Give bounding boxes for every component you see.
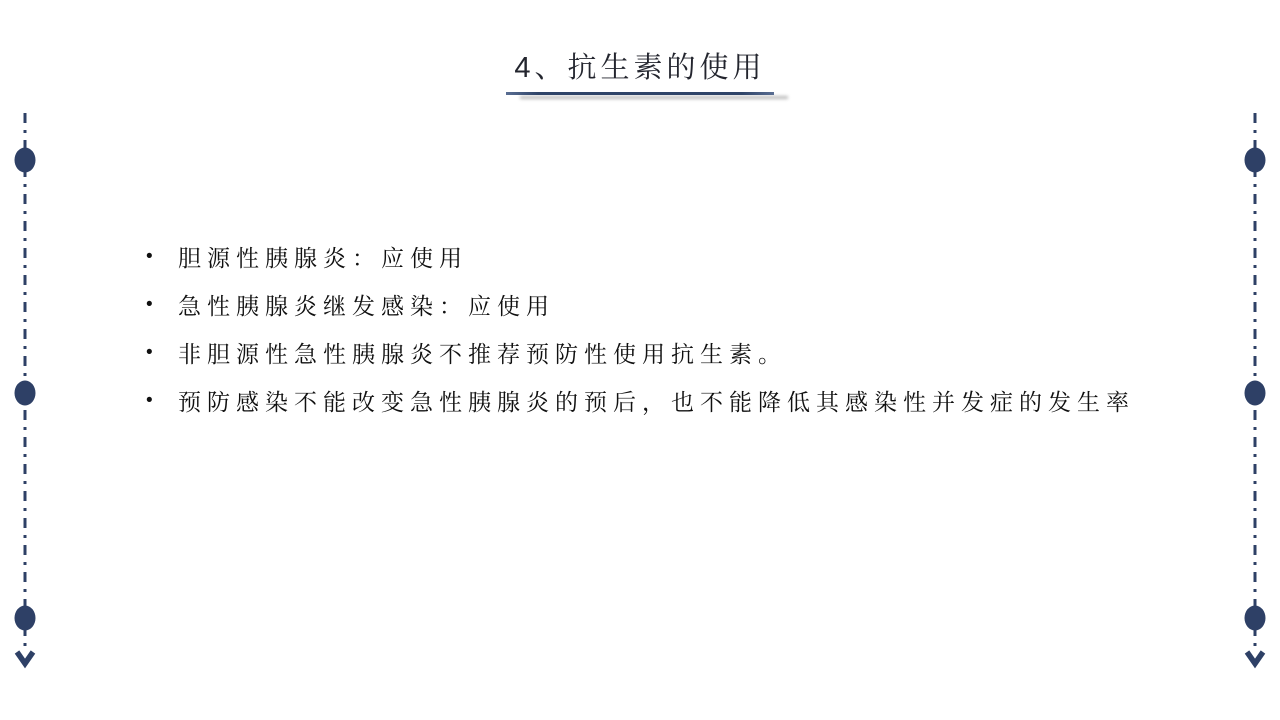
list-item: • 急性胰腺炎继发感染：应使用 <box>146 280 1135 328</box>
circle-node-icon <box>15 381 36 406</box>
bullet-text: 急性胰腺炎继发感染：应使用 <box>178 288 555 321</box>
bullet-text: 非胆源性急性胰腺炎不推荐预防性使用抗生素。 <box>178 336 787 369</box>
list-item: • 预防感染不能改变急性胰腺炎的预后，也不能降低其感染性并发症的发生率 <box>146 376 1135 424</box>
circle-node-icon <box>1245 606 1266 631</box>
bullet-list: • 胆源性胰腺炎：应使用 • 急性胰腺炎继发感染：应使用 • 非胆源性急性胰腺炎… <box>146 232 1135 424</box>
circle-node-icon <box>15 606 36 631</box>
bullet-text: 预防感染不能改变急性胰腺炎的预后，也不能降低其感染性并发症的发生率 <box>178 384 1135 417</box>
title-underline <box>506 92 774 95</box>
list-item: • 胆源性胰腺炎：应使用 <box>146 232 1135 280</box>
title-block: 4、抗生素的使用 <box>0 51 1280 95</box>
right-dash-dot-line-decoration <box>1230 0 1280 720</box>
bullet-icon: • <box>146 343 178 362</box>
circle-node-icon <box>15 148 36 173</box>
circle-node-icon <box>1245 148 1266 173</box>
presentation-slide: 4、抗生素的使用 • 胆源性胰腺炎：应使用 • 急性胰腺炎继发感染：应使用 • … <box>0 0 1280 720</box>
circle-node-icon <box>1245 381 1266 406</box>
list-item: • 非胆源性急性胰腺炎不推荐预防性使用抗生素。 <box>146 328 1135 376</box>
bullet-icon: • <box>146 391 178 410</box>
bullet-text: 胆源性胰腺炎：应使用 <box>178 240 468 273</box>
chevron-down-icon <box>17 652 33 664</box>
bullet-icon: • <box>146 247 178 266</box>
left-dash-dot-line-decoration <box>0 0 50 720</box>
slide-title: 4、抗生素的使用 <box>0 51 1280 85</box>
bullet-icon: • <box>146 295 178 314</box>
chevron-down-icon <box>1247 652 1263 664</box>
